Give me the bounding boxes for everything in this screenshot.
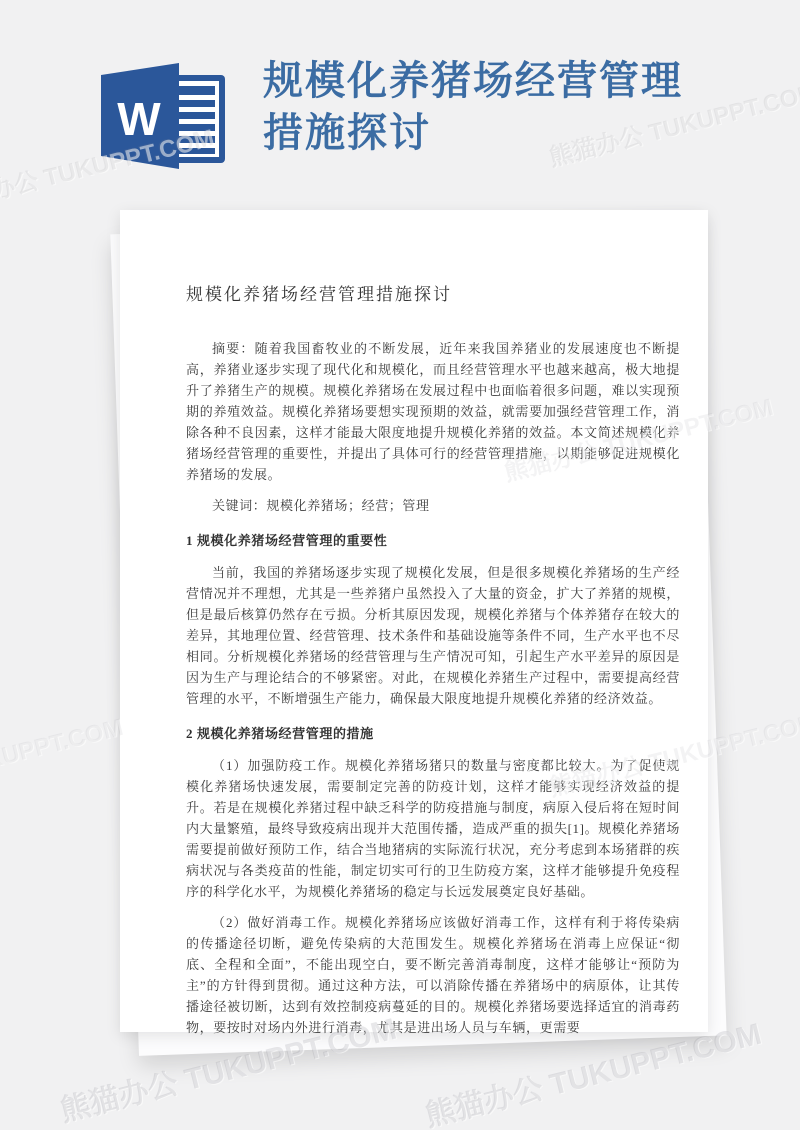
section2-item2-paragraph: （2）做好消毒工作。规模化养猪场应该做好消毒工作，这样有利于将传染病的传播途径切… (186, 912, 680, 1038)
document-preview-page: 规模化养猪场经营管理措施探讨 摘要：随着我国畜牧业的不断发展，近年来我国养猪业的… (120, 210, 708, 1032)
section2-heading: 2 规模化养猪场经营管理的措施 (186, 723, 680, 744)
document-title: 规模化养猪场经营管理措施探讨 (186, 280, 680, 305)
watermark-text: 熊猫办公 TUKUPPT.COM (0, 707, 126, 808)
page-title-line2: 措施探讨 (263, 107, 683, 159)
section1-paragraph: 当前，我国的养猪场逐步实现了规模化发展，但是很多规模化养猪场的生产经营情况并不理… (186, 562, 680, 709)
abstract-paragraph: 摘要：随着我国畜牧业的不断发展，近年来我国养猪业的发展速度也不断提高，养猪业逐步… (186, 338, 680, 485)
section2-item1-paragraph: （1）加强防疫工作。规模化养猪场猪只的数量与密度都比较大。为了促使规模化养猪场快… (186, 755, 680, 902)
word-icon: W (95, 59, 227, 171)
page-canvas: 熊猫办公 TUKUPPT.COM 熊猫办公 TUKUPPT.COM 熊猫办公 T… (0, 0, 800, 1130)
section1-heading: 1 规模化养猪场经营管理的重要性 (186, 530, 680, 551)
page-title: 规模化养猪场经营管理 措施探讨 (263, 55, 683, 159)
document-header: W 规模化养猪场经营管理 措施探讨 (95, 55, 745, 171)
keywords-line: 关键词：规模化养猪场；经营；管理 (186, 495, 680, 516)
svg-text:W: W (117, 93, 161, 145)
page-title-line1: 规模化养猪场经营管理 (263, 55, 683, 107)
